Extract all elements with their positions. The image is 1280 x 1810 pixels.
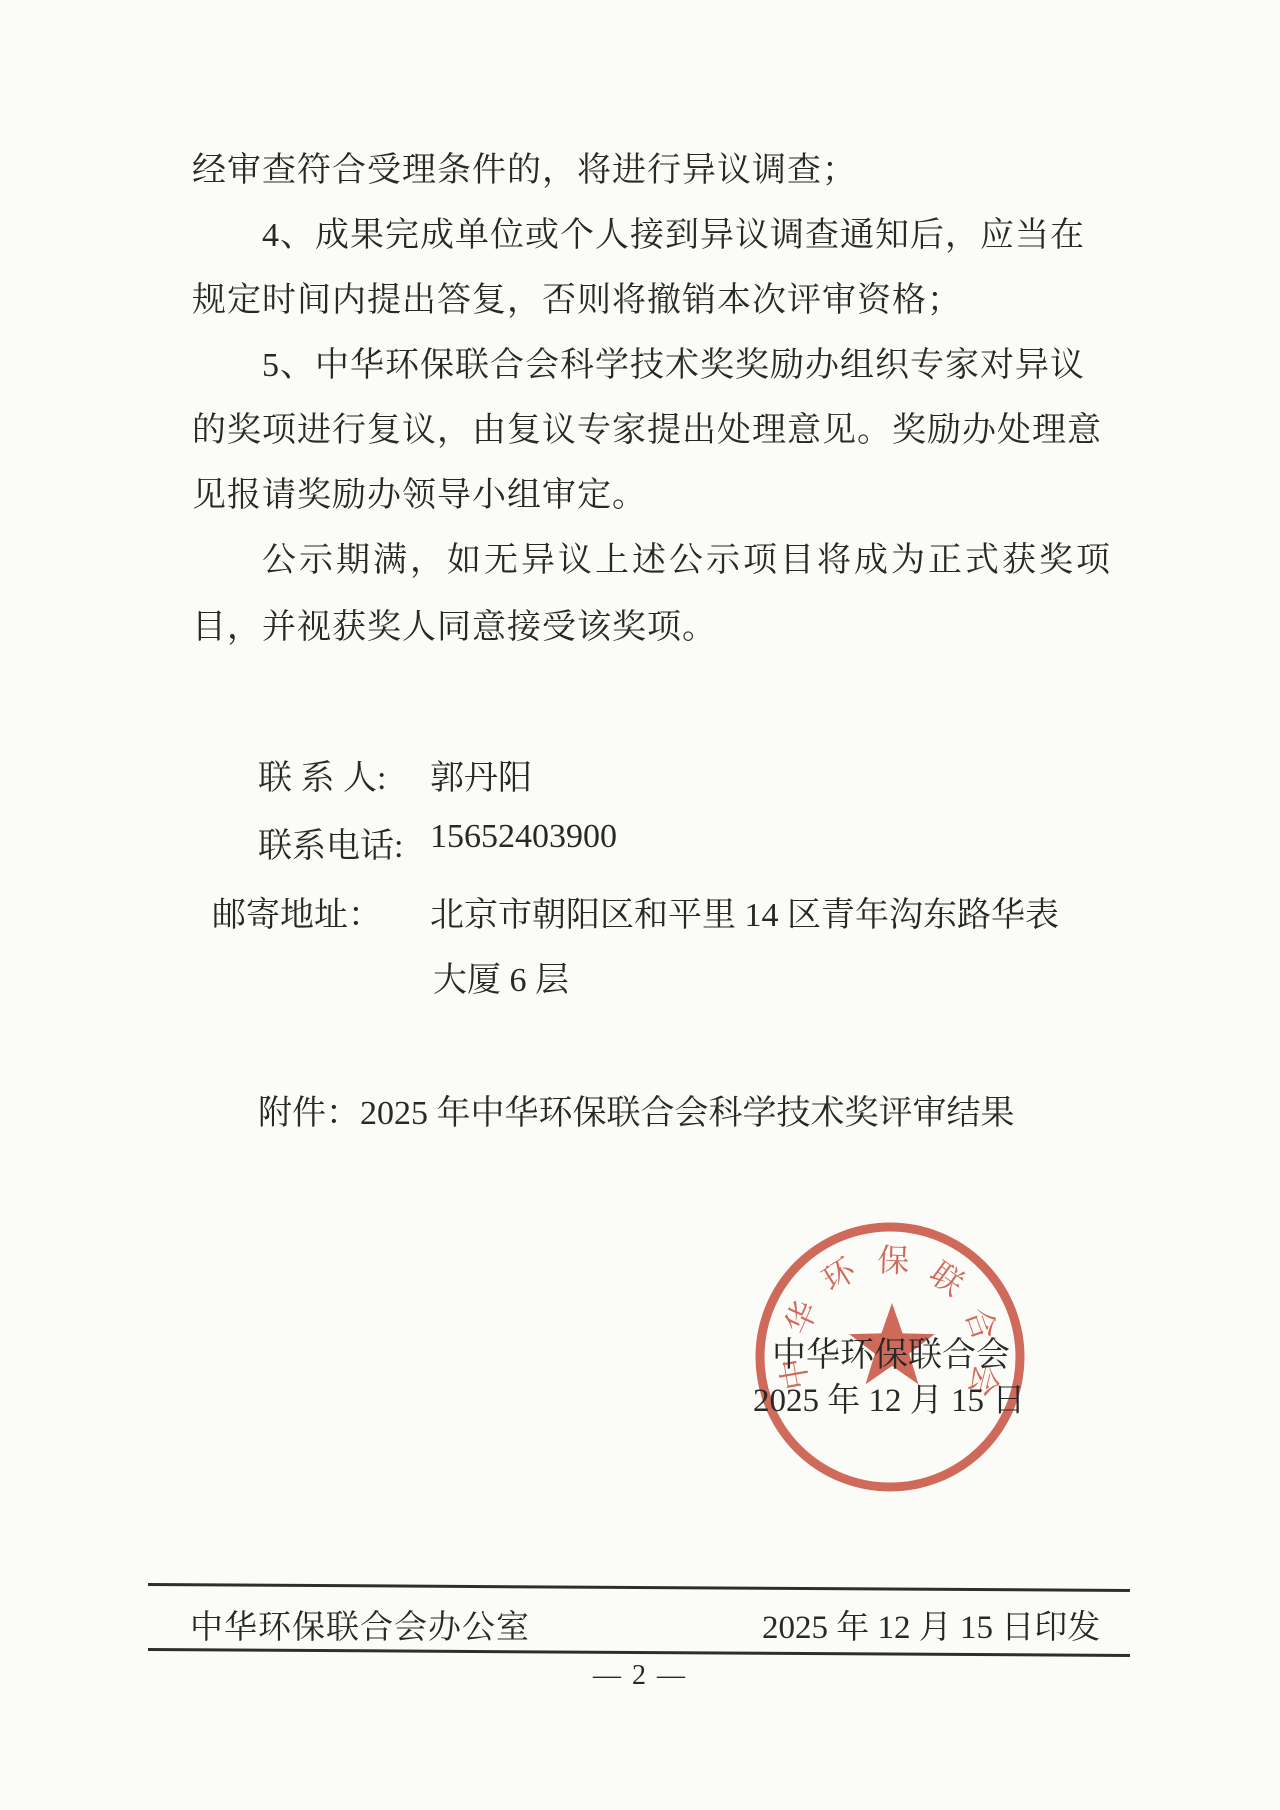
- contact-phone-value: 15652403900: [430, 818, 617, 856]
- signature-org: 中华环保联合会: [772, 1327, 1010, 1376]
- seal-arc-char: 联: [923, 1255, 970, 1303]
- footer-issuing-office: 中华环保联合会办公室: [190, 1601, 530, 1648]
- body-line: 经审查符合受理条件的，将进行异议调查；: [192, 151, 857, 191]
- contact-person-label: 联 系 人:: [258, 750, 386, 799]
- body-line: 目，并视获奖人同意接受该奖项。: [192, 608, 717, 648]
- body-line: 见报请奖励办领导小组审定。: [192, 476, 647, 516]
- contact-address-label: 邮寄地址：: [212, 887, 382, 936]
- footer-rule-top: [148, 1583, 1130, 1592]
- contact-person-value: 郭丹阳: [430, 750, 532, 799]
- footer-rule-bottom: [148, 1648, 1130, 1657]
- body-line: 4、成果完成单位或个人接到异议调查通知后，应当在: [262, 216, 1085, 256]
- body-line: 公示期满，如无异议上述公示项目将成为正式获奖项: [262, 541, 1113, 581]
- page-number: — 2 —: [0, 1660, 1280, 1692]
- body-line: 的奖项进行复议，由复议专家提出处理意见。奖励办处理意: [192, 411, 1102, 451]
- seal-arc-char: 保: [877, 1242, 910, 1279]
- contact-phone-label: 联系电话:: [258, 818, 403, 867]
- signature-date: 2025 年 12 月 15 日: [753, 1374, 1025, 1421]
- contact-address-line1: 北京市朝阳区和平里 14 区青年沟东路华表: [430, 887, 1059, 936]
- body-line: 5、中华环保联合会科学技术奖奖励办组织专家对异议: [262, 346, 1085, 386]
- attachment-line: 附件：2025 年中华环保联合会科学技术奖评审结果: [258, 1085, 1015, 1134]
- document-page: 经审查符合受理条件的，将进行异议调查； 4、成果完成单位或个人接到异议调查通知后…: [0, 0, 1280, 1810]
- body-line: 规定时间内提出答复，否则将撤销本次评审资格；: [192, 281, 962, 321]
- seal-arc-char: 环: [816, 1251, 863, 1299]
- footer-print-date: 2025 年 12 月 15 日印发: [762, 1601, 1100, 1648]
- contact-address-line2: 大厦 6 层: [433, 952, 569, 1001]
